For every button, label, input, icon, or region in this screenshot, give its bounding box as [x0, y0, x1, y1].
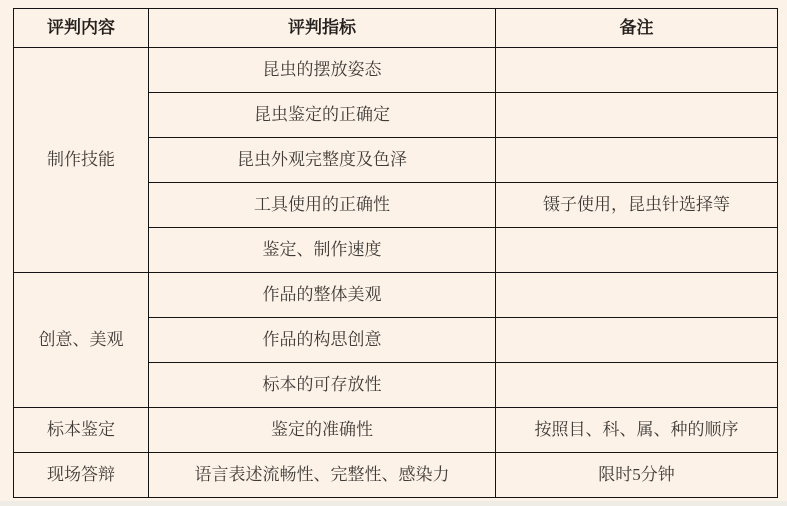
remark-cell [496, 138, 778, 183]
remark-cell [496, 363, 778, 408]
indicator-cell: 昆虫鉴定的正确定 [149, 93, 496, 138]
indicator-cell: 昆虫外观完整度及色泽 [149, 138, 496, 183]
table-row: 制作技能 昆虫的摆放姿态 [14, 48, 778, 93]
document-page: 评判内容 评判指标 备注 制作技能 昆虫的摆放姿态 昆虫鉴定的正确定 昆虫外观完… [0, 0, 787, 506]
table-row: 现场答辩 语言表述流畅性、完整性、感染力 限时5分钟 [14, 453, 778, 498]
page-bottom-edge [0, 501, 787, 506]
column-header-remark: 备注 [496, 9, 778, 48]
category-cell-craft-skill: 制作技能 [14, 48, 149, 273]
indicator-cell: 标本的可存放性 [149, 363, 496, 408]
indicator-cell: 鉴定的准确性 [149, 408, 496, 453]
indicator-cell: 昆虫的摆放姿态 [149, 48, 496, 93]
indicator-cell: 作品的整体美观 [149, 273, 496, 318]
remark-cell [496, 48, 778, 93]
indicator-cell: 语言表述流畅性、完整性、感染力 [149, 453, 496, 498]
column-header-content: 评判内容 [14, 9, 149, 48]
indicator-cell: 工具使用的正确性 [149, 183, 496, 228]
indicator-cell: 作品的构思创意 [149, 318, 496, 363]
remark-cell [496, 228, 778, 273]
remark-cell: 限时5分钟 [496, 453, 778, 498]
category-cell-specimen-identification: 标本鉴定 [14, 408, 149, 453]
remark-cell: 按照目、科、属、种的顺序 [496, 408, 778, 453]
header-row: 评判内容 评判指标 备注 [14, 9, 778, 48]
remark-cell [496, 318, 778, 363]
evaluation-criteria-table: 评判内容 评判指标 备注 制作技能 昆虫的摆放姿态 昆虫鉴定的正确定 昆虫外观完… [13, 8, 778, 498]
remark-cell: 镊子使用，昆虫针选择等 [496, 183, 778, 228]
column-header-indicator: 评判指标 [149, 9, 496, 48]
category-cell-creativity-aesthetics: 创意、美观 [14, 273, 149, 408]
remark-cell [496, 93, 778, 138]
indicator-cell: 鉴定、制作速度 [149, 228, 496, 273]
remark-cell [496, 273, 778, 318]
table-row: 创意、美观 作品的整体美观 [14, 273, 778, 318]
table-row: 标本鉴定 鉴定的准确性 按照目、科、属、种的顺序 [14, 408, 778, 453]
category-cell-onsite-defense: 现场答辩 [14, 453, 149, 498]
